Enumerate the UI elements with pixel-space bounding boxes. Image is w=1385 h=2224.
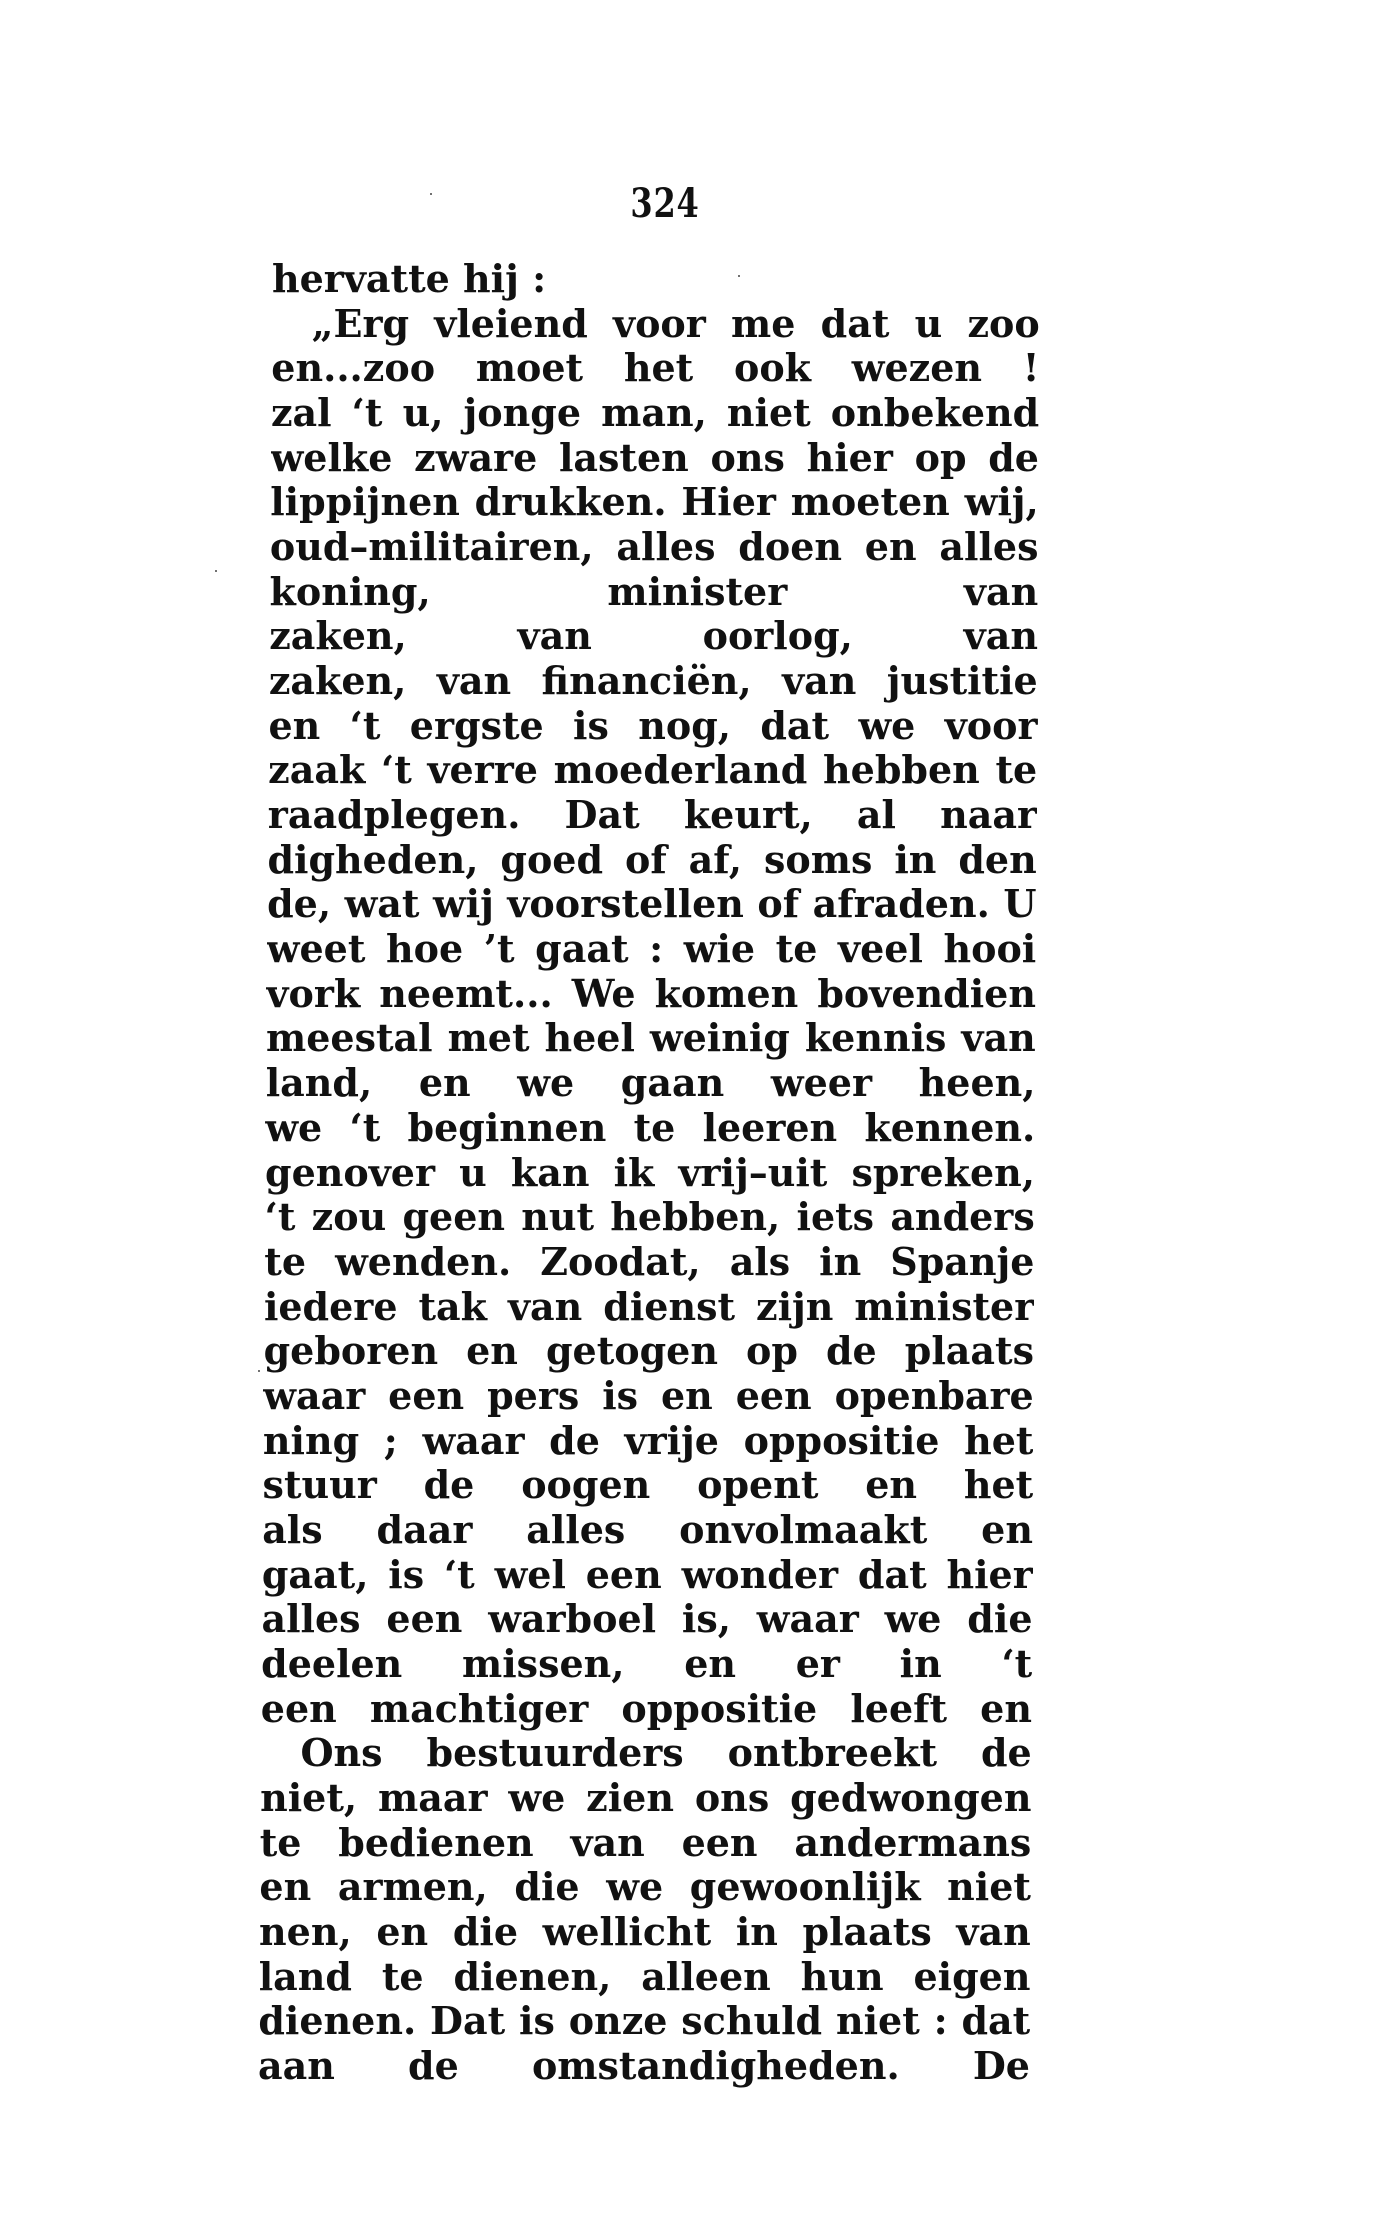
text-line: de, wat wij voorstellen of afraden. U [267, 881, 1036, 927]
text-line: als daar alles onvolmaakt en gebrekkig [262, 1507, 1033, 1553]
text-line: alles een warboel is, waar we die voor- [262, 1596, 1033, 1642]
text-line: meestal met heel weinig kennis van het [266, 1015, 1036, 1061]
text-line: een machtiger oppositie leeft en werkt. [261, 1686, 1032, 1732]
text-line: oud–militairen, alles doen en alles zijn… [270, 524, 1039, 570]
text-line: digheden, goed of af, soms in den blin– [267, 837, 1036, 883]
text-line: waar een pers is en een openbare mee- [263, 1373, 1034, 1419]
text-line: „Erg vleiend voor me dat u zoo denkt [312, 301, 1040, 347]
text-line: en...zoo moet het ook wezen ! Niettemin [271, 345, 1039, 391]
text-line: iedere tak van dienst zijn minister heef… [264, 1284, 1034, 1330]
text-line: stuur de oogen opent en het voorlicht, [263, 1462, 1034, 1508]
scanned-book-page: 324 hervatte hij : „Erg vleiend voor me … [0, 0, 1385, 2224]
text-line: dienen. Dat is onze schuld niet : dat li… [258, 1998, 1030, 2044]
text-line: geboren en getogen op de plaats zelf, [264, 1328, 1034, 1374]
text-line: ‘t zou geen nut hebben, iets anders voor [265, 1194, 1035, 1240]
text-line: gaat, is ‘t wel een wonder dat hier niet [262, 1552, 1033, 1598]
text-line: en ‘t ergste is nog, dat we voor iedere [269, 703, 1038, 749]
scan-speck [430, 193, 432, 195]
text-line: zaak ‘t verre moederland hebben te [268, 747, 1037, 793]
text-line: zaken, van financiën, van justitie enz. [269, 658, 1038, 704]
text-line: koning, minister van buitenlandsche [270, 569, 1039, 615]
text-line: zal ‘t u, jonge man, niet onbekend zijn, [271, 390, 1039, 436]
text-line: weet hoe ’t gaat : wie te veel hooi op z… [267, 926, 1037, 972]
text-line: land te dienen, alleen hun eigen belang [259, 1954, 1031, 2000]
text-line: land, en we gaan weer heen, wanneer [266, 1060, 1036, 1106]
text-line: genover u kan ik vrij–uit spreken, want [265, 1150, 1035, 1196]
text-line: niet, maar we zien ons gedwongen ons [260, 1775, 1031, 1821]
text-line: deelen missen, en er in ‘t verborgene [261, 1641, 1032, 1687]
text-line: we ‘t beginnen te leeren kennen. Te- [265, 1105, 1035, 1151]
text-line: en armen, die we gewoonlijk niet ken- [259, 1864, 1031, 1910]
text-line: welke zware lasten ons hier op de Fi- [271, 435, 1039, 481]
text-line: raadplegen. Dat keurt, al naar omstan– [268, 792, 1037, 838]
text-line: aan de omstandigheden. De monniken [258, 2043, 1030, 2089]
scan-speck [738, 275, 740, 277]
text-line: vork neemt... We komen bovendien [266, 971, 1036, 1017]
text-line: zaken, van oorlog, van binnenlandsche [269, 613, 1038, 659]
text-line: te bedienen van een andermans oogen [260, 1820, 1032, 1866]
text-line: Ons bestuurders ontbreekt de goede wil [300, 1730, 1031, 1776]
text-line: hervatte hij : [272, 256, 1040, 302]
text-line: ning ; waar de vrije oppositie het be- [263, 1418, 1034, 1464]
text-line: nen, en die wellicht in plaats van hun [259, 1909, 1031, 1955]
page-number: 324 [613, 180, 717, 227]
text-line: te wenden. Zoodat, als in Spanje waar [264, 1239, 1034, 1285]
text-line: lippijnen drukken. Hier moeten wij, [270, 479, 1039, 525]
scan-speck [215, 570, 217, 572]
scan-speck [258, 1370, 260, 1372]
